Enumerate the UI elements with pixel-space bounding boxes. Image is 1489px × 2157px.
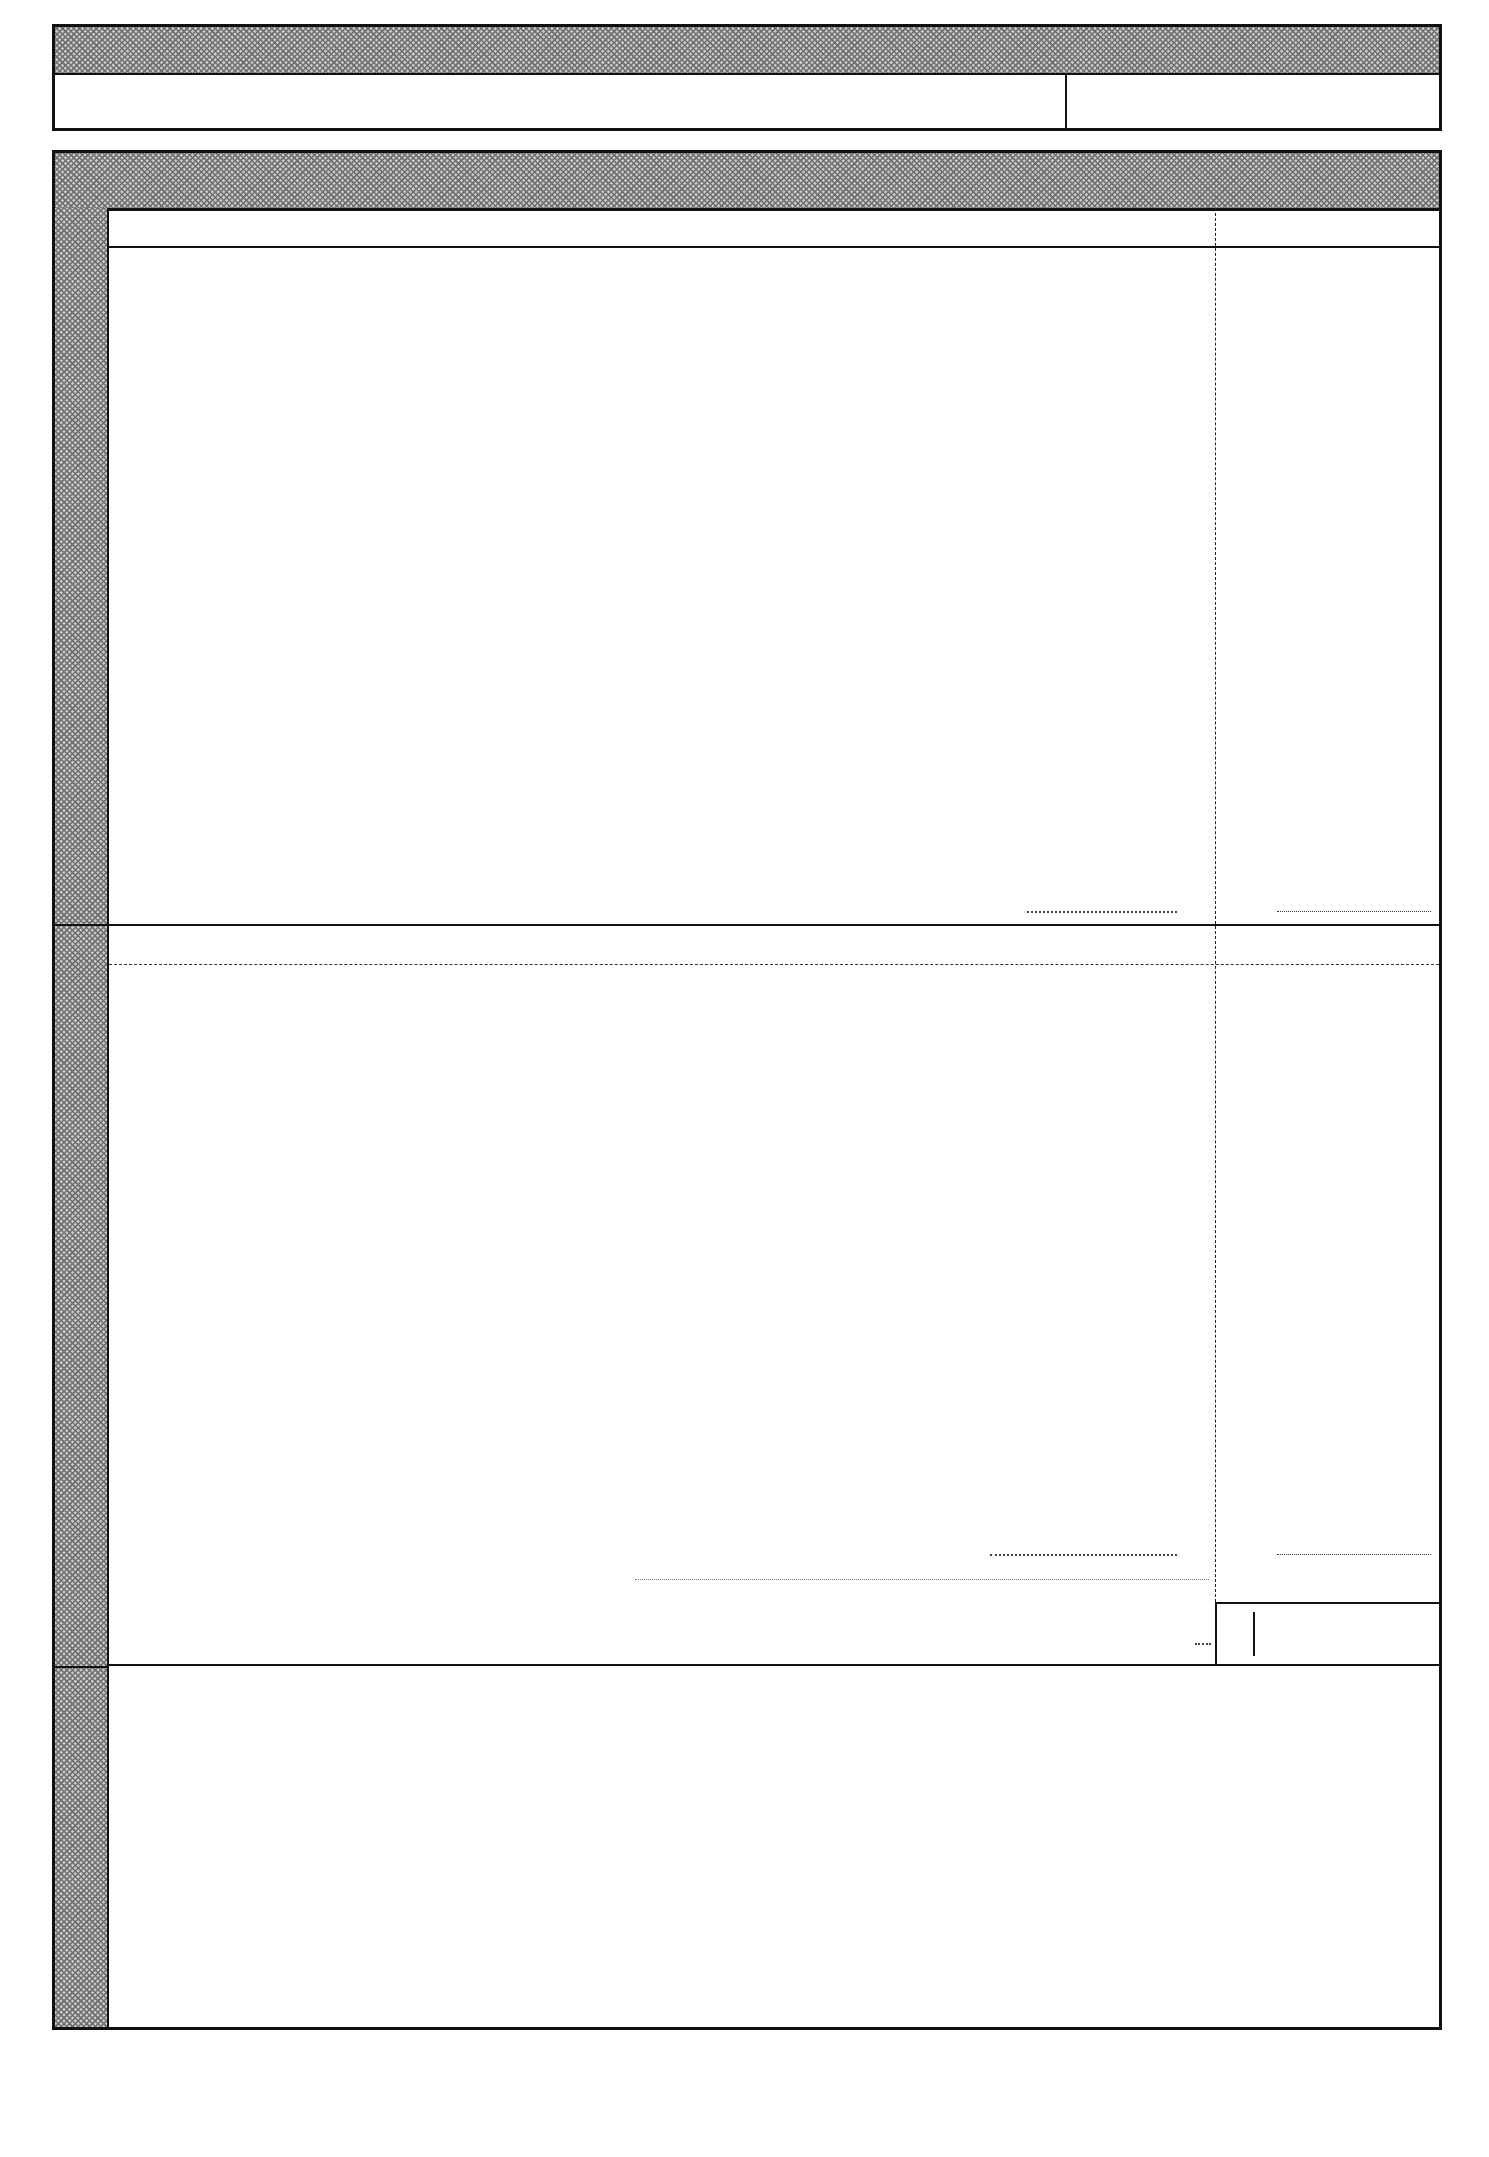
name-field[interactable] [59, 93, 1059, 127]
column-divider [1215, 208, 1216, 924]
sidebar-notas [55, 1668, 109, 2027]
rendimiento-neto-box[interactable] [1215, 1602, 1439, 1664]
taxpayer-header-box [52, 24, 1442, 131]
divider [109, 1664, 1439, 1666]
total-ingresos-amount[interactable] [1277, 911, 1431, 912]
ingresos-column-header [109, 208, 1439, 248]
total-gastos-leader [990, 1554, 1177, 1556]
box-divider [1253, 1612, 1255, 1656]
form-title-band [55, 27, 1439, 75]
notes-area [109, 1668, 1439, 2027]
section-title-band [55, 153, 1439, 211]
section-c-box [52, 150, 1442, 2030]
column-divider [1215, 926, 1216, 1602]
sidebar-ingresos [55, 208, 109, 926]
divider [635, 1579, 1209, 1580]
sidebar-gastos [55, 926, 109, 1668]
total-gastos-amount[interactable] [1277, 1554, 1431, 1555]
total-ingresos-leader [1027, 911, 1177, 913]
rendimiento-neto-leader [1195, 1643, 1211, 1645]
dni-field[interactable] [1065, 73, 1437, 128]
gastos-column-header [109, 926, 1439, 965]
